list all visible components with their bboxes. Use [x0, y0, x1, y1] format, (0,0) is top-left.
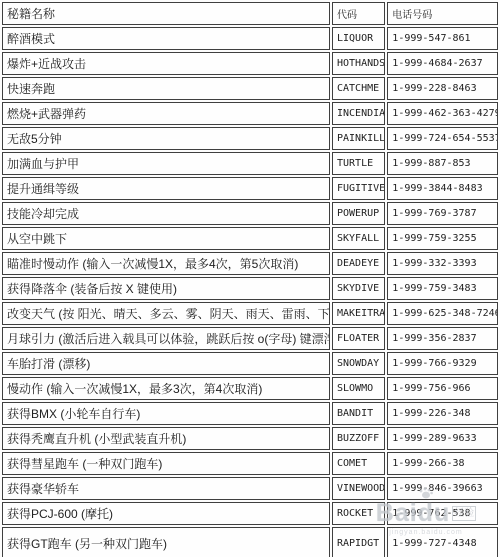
cell-code: SKYFALL — [332, 227, 385, 250]
cell-name: 快速奔跑 — [2, 77, 330, 100]
cell-name: 月球引力 (激活后进入载具可以体验，跳跃后按 o(字母) 键漂浮) — [2, 327, 330, 350]
cell-code: SNOWDAY — [332, 352, 385, 375]
cell-code: POWERUP — [332, 202, 385, 225]
cell-name: 获得降落伞 (装备后按 X 键使用) — [2, 277, 330, 300]
cell-phone: 1-999-266-38 — [387, 452, 498, 475]
table-row: 慢动作 (输入一次减慢1X，最多3次，第4次取消)SLOWMO1-999-756… — [2, 377, 498, 400]
table-row: 获得秃鹰直升机 (小型武装直升机)BUZZOFF1-999-289-9633 — [2, 427, 498, 450]
cell-name: 瞄准时慢动作 (输入一次减慢1X，最多4次，第5次取消) — [2, 252, 330, 275]
cell-phone: 1-999-756-966 — [387, 377, 498, 400]
cell-name: 改变天气 (按 阳光、晴天、多云、雾、阴天、雨天、雷雨、下雪) — [2, 302, 330, 325]
table-row: 爆炸+近战攻击HOTHANDS1-999-4684-2637 — [2, 52, 498, 75]
cell-code: TURTLE — [332, 152, 385, 175]
cell-phone: 1-999-289-9633 — [387, 427, 498, 450]
cell-phone: 1-999-226-348 — [387, 402, 498, 425]
cell-code: BUZZOFF — [332, 427, 385, 450]
cell-code: FLOATER — [332, 327, 385, 350]
cell-phone: 1-999-724-654-5537 — [387, 127, 498, 150]
cell-name: 慢动作 (输入一次减慢1X，最多3次，第4次取消) — [2, 377, 330, 400]
header-row: 秘籍名称代码电话号码 — [2, 2, 498, 25]
cell-name: 爆炸+近战攻击 — [2, 52, 330, 75]
cell-code: RAPIDGT — [332, 527, 385, 557]
cell-phone: 1-999-762-538 — [387, 502, 498, 525]
cell-phone: 1-999-4684-2637 — [387, 52, 498, 75]
cell-phone: 1-999-769-3787 — [387, 202, 498, 225]
cell-phone: 1-999-625-348-7246 — [387, 302, 498, 325]
table-row: 燃烧+武器弹药INCENDIARY1-999-462-363-4279 — [2, 102, 498, 125]
table-row: 获得GT跑车 (另一种双门跑车)RAPIDGT1-999-727-4348 — [2, 527, 498, 557]
table-row: 获得BMX (小轮车自行车)BANDIT1-999-226-348 — [2, 402, 498, 425]
table-row: 提升通缉等级FUGITIVE1-999-3844-8483 — [2, 177, 498, 200]
cell-name: 获得豪华轿车 — [2, 477, 330, 500]
cell-name: 燃烧+武器弹药 — [2, 102, 330, 125]
cell-phone: 1-999-332-3393 — [387, 252, 498, 275]
cell-name: 加满血与护甲 — [2, 152, 330, 175]
table-row: 获得降落伞 (装备后按 X 键使用)SKYDIVE1-999-759-3483 — [2, 277, 498, 300]
cell-code: CATCHME — [332, 77, 385, 100]
table-row: 车胎打滑 (漂移)SNOWDAY1-999-766-9329 — [2, 352, 498, 375]
column-header-phone: 电话号码 — [387, 2, 498, 25]
cell-name: 技能冷却完成 — [2, 202, 330, 225]
cell-code: INCENDIARY — [332, 102, 385, 125]
cell-phone: 1-999-727-4348 — [387, 527, 498, 557]
cheat-table-page: 秘籍名称代码电话号码 醉酒模式LIQUOR1-999-547-861爆炸+近战攻… — [0, 0, 500, 557]
cell-name: 获得GT跑车 (另一种双门跑车) — [2, 527, 330, 557]
table-row: 获得豪华轿车VINEWOOD1-999-846-39663 — [2, 477, 498, 500]
table-row: 加满血与护甲TURTLE1-999-887-853 — [2, 152, 498, 175]
cell-name: 获得PCJ-600 (摩托) — [2, 502, 330, 525]
table-row: 醉酒模式LIQUOR1-999-547-861 — [2, 27, 498, 50]
cell-code: COMET — [332, 452, 385, 475]
table-body: 醉酒模式LIQUOR1-999-547-861爆炸+近战攻击HOTHANDS1-… — [2, 27, 498, 557]
cell-code: FUGITIVE — [332, 177, 385, 200]
cell-code: SKYDIVE — [332, 277, 385, 300]
table-row: 技能冷却完成POWERUP1-999-769-3787 — [2, 202, 498, 225]
cell-name: 车胎打滑 (漂移) — [2, 352, 330, 375]
cell-phone: 1-999-759-3255 — [387, 227, 498, 250]
table-row: 瞄准时慢动作 (输入一次减慢1X，最多4次，第5次取消)DEADEYE1-999… — [2, 252, 498, 275]
cell-phone: 1-999-887-853 — [387, 152, 498, 175]
cell-phone: 1-999-3844-8483 — [387, 177, 498, 200]
table-row: 获得彗星跑车 (一种双门跑车)COMET1-999-266-38 — [2, 452, 498, 475]
cell-code: SLOWMO — [332, 377, 385, 400]
cell-code: HOTHANDS — [332, 52, 385, 75]
column-header-code: 代码 — [332, 2, 385, 25]
table-row: 改变天气 (按 阳光、晴天、多云、雾、阴天、雨天、雷雨、下雪)MAKEITRAI… — [2, 302, 498, 325]
cell-phone: 1-999-228-8463 — [387, 77, 498, 100]
table-row: 月球引力 (激活后进入载具可以体验，跳跃后按 o(字母) 键漂浮)FLOATER… — [2, 327, 498, 350]
cell-code: BANDIT — [332, 402, 385, 425]
cheat-code-table: 秘籍名称代码电话号码 醉酒模式LIQUOR1-999-547-861爆炸+近战攻… — [0, 0, 500, 557]
cell-name: 醉酒模式 — [2, 27, 330, 50]
cell-name: 获得BMX (小轮车自行车) — [2, 402, 330, 425]
cell-name: 无敌5分钟 — [2, 127, 330, 150]
cell-phone: 1-999-766-9329 — [387, 352, 498, 375]
cell-phone: 1-999-547-861 — [387, 27, 498, 50]
cell-phone: 1-999-759-3483 — [387, 277, 498, 300]
table-row: 快速奔跑CATCHME1-999-228-8463 — [2, 77, 498, 100]
cell-name: 获得秃鹰直升机 (小型武装直升机) — [2, 427, 330, 450]
cell-name: 提升通缉等级 — [2, 177, 330, 200]
table-row: 无敌5分钟PAINKILLER1-999-724-654-5537 — [2, 127, 498, 150]
cell-phone: 1-999-846-39663 — [387, 477, 498, 500]
table-row: 获得PCJ-600 (摩托)ROCKET1-999-762-538 — [2, 502, 498, 525]
cell-code: PAINKILLER — [332, 127, 385, 150]
cell-name: 从空中跳下 — [2, 227, 330, 250]
cell-code: LIQUOR — [332, 27, 385, 50]
cell-name: 获得彗星跑车 (一种双门跑车) — [2, 452, 330, 475]
column-header-name: 秘籍名称 — [2, 2, 330, 25]
cell-phone: 1-999-462-363-4279 — [387, 102, 498, 125]
cell-code: DEADEYE — [332, 252, 385, 275]
cell-code: VINEWOOD — [332, 477, 385, 500]
cell-code: MAKEITRAIN — [332, 302, 385, 325]
cell-code: ROCKET — [332, 502, 385, 525]
cell-phone: 1-999-356-2837 — [387, 327, 498, 350]
table-row: 从空中跳下SKYFALL1-999-759-3255 — [2, 227, 498, 250]
